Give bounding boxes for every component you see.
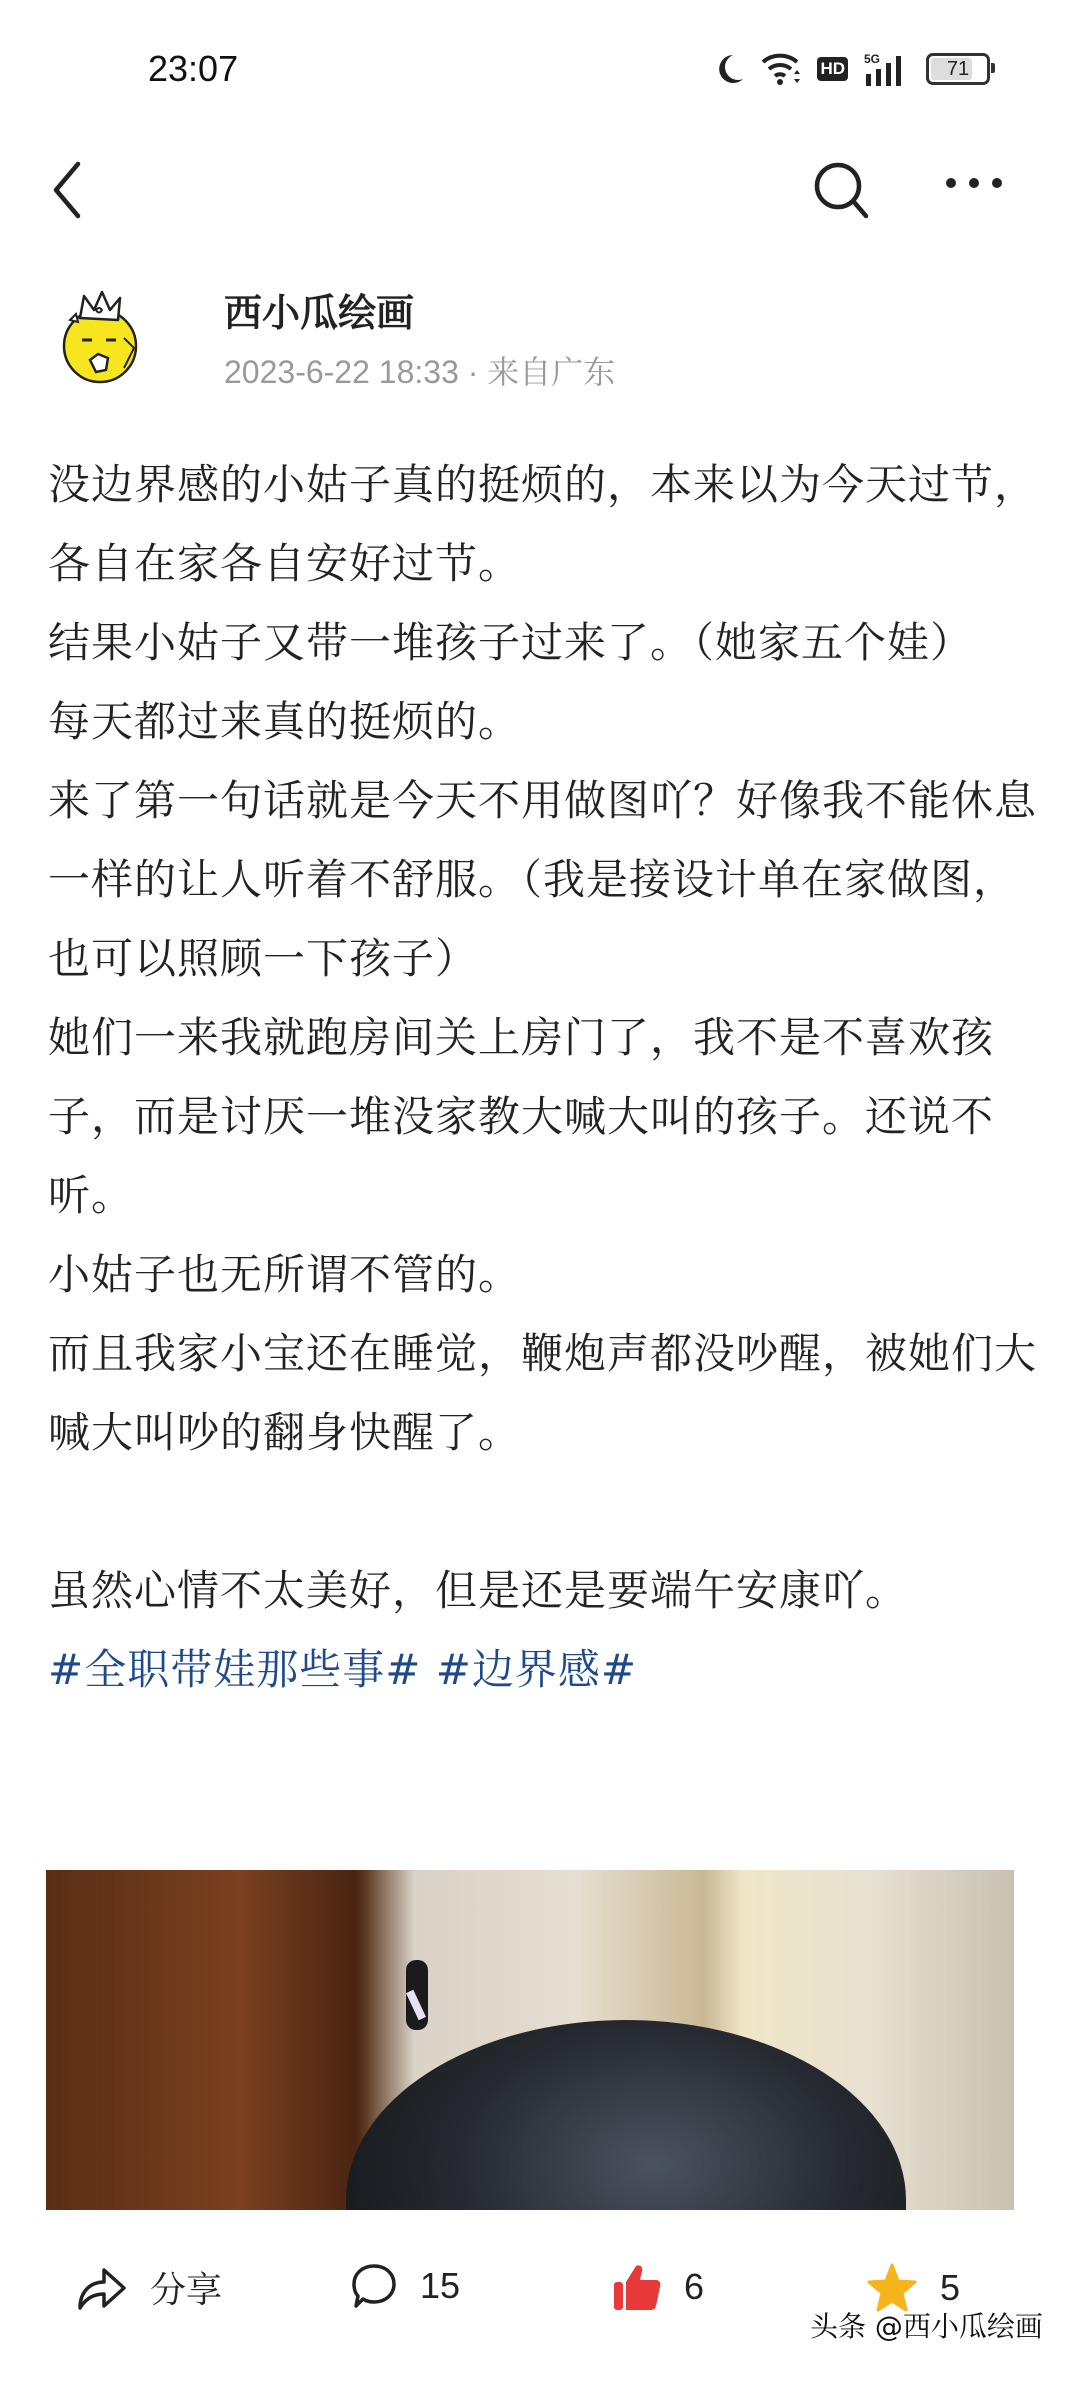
post-paragraph: 她们一来我就跑房间关上房门了，我不是不喜欢孩子，而是讨厌一堆没家教大喊大叫的孩子… bbox=[48, 998, 1038, 1235]
post-paragraph: 每天都过来真的挺烦的。 bbox=[48, 682, 1038, 761]
hashtags[interactable]: #全职带娃那些事# #边界感# bbox=[48, 1630, 1038, 1709]
signal-5g-icon: 5G bbox=[864, 52, 910, 86]
blank-line bbox=[48, 1472, 1038, 1551]
post-paragraph: 而且我家小宝还在睡觉，鞭炮声都没吵醒，被她们大喊大叫吵的翻身快醒了。 bbox=[48, 1314, 1038, 1472]
author-info: 西小瓜绘画 2023-6-22 18:33 · 来自广东 bbox=[224, 282, 615, 393]
author-name[interactable]: 西小瓜绘画 bbox=[224, 282, 615, 337]
status-icons: HD 5G 71 bbox=[715, 52, 990, 86]
wifi-icon bbox=[761, 52, 801, 86]
battery-icon: 71 bbox=[926, 53, 990, 85]
post-paragraph: 结果小姑子又带一堆孩子过来了。（她家五个娃） bbox=[48, 603, 1038, 682]
svg-text:5G: 5G bbox=[864, 52, 880, 66]
post-paragraph: 来了第一句话就是今天不用做图吖？好像我不能休息一样的让人听着不舒服。（我是接设计… bbox=[48, 761, 1038, 998]
author-header[interactable]: 西小瓜绘画 2023-6-22 18:33 · 来自广东 bbox=[52, 282, 615, 393]
comment-button[interactable]: 15 bbox=[350, 2262, 460, 2310]
post-paragraph: 没边界感的小姑子真的挺烦的，本来以为今天过节，各自在家各自安好过节。 bbox=[48, 445, 1038, 603]
comment-count: 15 bbox=[420, 2265, 460, 2307]
post-paragraph: 虽然心情不太美好，但是还是要端午安康吖。 bbox=[48, 1551, 1038, 1630]
status-time: 23:07 bbox=[148, 48, 238, 90]
thumbs-up-icon bbox=[612, 2262, 662, 2312]
like-button[interactable]: 6 bbox=[612, 2262, 704, 2312]
watermark: 头条 @西小瓜绘画 bbox=[810, 2305, 1043, 2345]
like-count: 6 bbox=[684, 2266, 704, 2308]
more-icon[interactable] bbox=[944, 176, 1004, 190]
avatar[interactable] bbox=[52, 288, 152, 388]
share-icon bbox=[76, 2264, 128, 2312]
moon-icon bbox=[715, 53, 745, 85]
back-icon[interactable] bbox=[48, 160, 88, 220]
photo-hair bbox=[346, 2020, 906, 2210]
comment-icon bbox=[350, 2262, 398, 2310]
share-button[interactable]: 分享 bbox=[76, 2262, 222, 2313]
post-body: 没边界感的小姑子真的挺烦的，本来以为今天过节，各自在家各自安好过节。 结果小姑子… bbox=[48, 445, 1038, 1709]
hd-icon: HD bbox=[817, 57, 848, 81]
top-bar bbox=[0, 140, 1080, 240]
search-icon[interactable] bbox=[810, 158, 874, 222]
share-label: 分享 bbox=[150, 2262, 222, 2313]
post-paragraph: 小姑子也无所谓不管的。 bbox=[48, 1235, 1038, 1314]
favorite-count: 5 bbox=[940, 2267, 960, 2309]
post-photo[interactable] bbox=[46, 1870, 1014, 2210]
status-bar: 23:07 HD 5G 71 bbox=[0, 0, 1080, 140]
post-meta: 2023-6-22 18:33 · 来自广东 bbox=[224, 347, 615, 393]
